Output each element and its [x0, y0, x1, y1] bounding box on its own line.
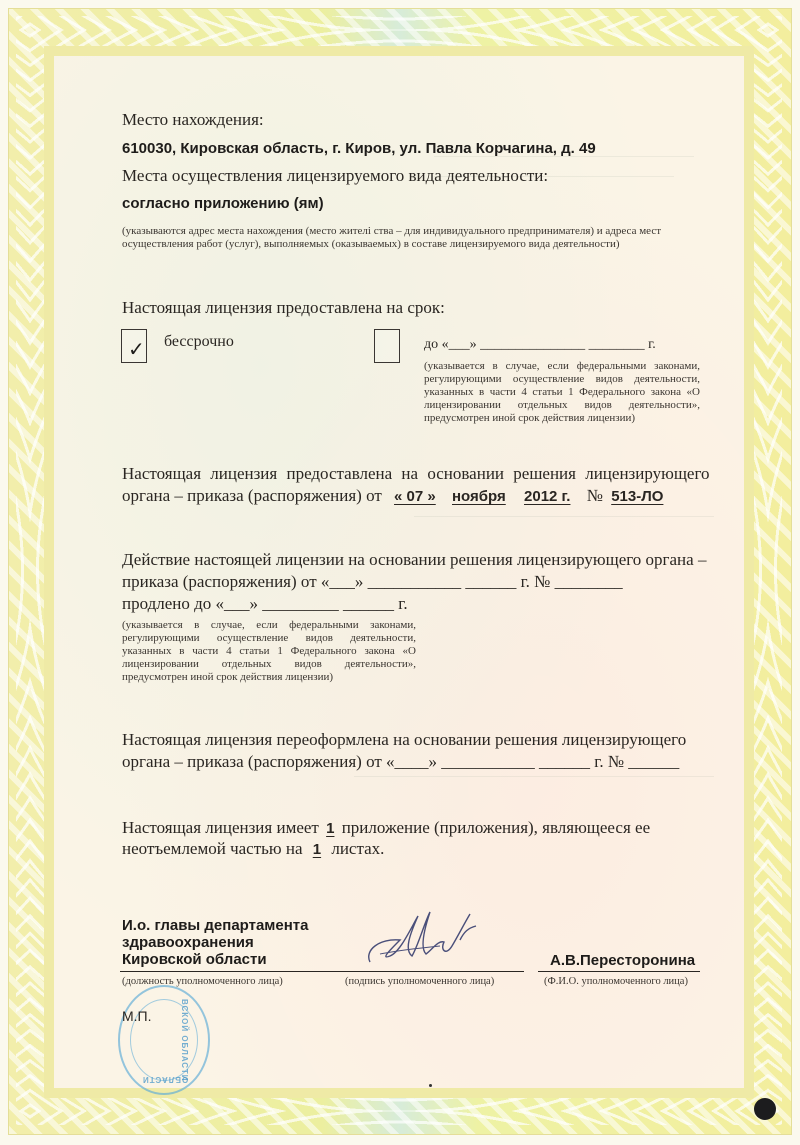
term-until-label: до «___» _______________ ________ г. [424, 337, 656, 353]
extension-note: (указывается в случае, если федеральными… [122, 619, 416, 684]
name-line [538, 971, 700, 972]
basis-line-2-prefix: органа – приказа (распоряжения) от [122, 486, 382, 505]
basis-number-sign: № [587, 486, 603, 505]
location-address: 610030, Кировская область, г. Киров, ул.… [122, 140, 596, 157]
activity-places-label: Места осуществления лицензируемого вида … [122, 166, 548, 186]
position-caption: (должность уполномоченного лица) [122, 976, 283, 987]
official-seal: ВСКОЙ ОБЛАСТИ ОБЛАСТИ [118, 985, 210, 1095]
appendix-line-2-suffix: листах. [331, 839, 384, 858]
seal-text-bottom: ОБЛАСТИ [142, 1075, 188, 1084]
activity-places-value: согласно приложению (ям) [122, 195, 324, 212]
basis-line-1: Настоящая лицензия предоставлена на осно… [122, 464, 710, 484]
signature-line [330, 971, 524, 972]
signer-name: А.В.Пересторонина [550, 952, 695, 969]
appendix-count: 1 [326, 820, 334, 837]
extension-line-2: приказа (распоряжения) от «___» ________… [122, 572, 623, 592]
location-label: Место нахождения: [122, 110, 264, 130]
signer-position-1: И.о. главы департамента [122, 917, 309, 934]
term-until-checkbox[interactable] [374, 329, 400, 363]
signer-position-2: здравоохранения [122, 934, 254, 951]
extension-line-3: продлено до «___» _________ ______ г. [122, 594, 408, 614]
activity-places-note-1: (указываются адрес места нахождения (мес… [122, 225, 661, 238]
term-until-note: (указывается в случае, если федеральными… [424, 360, 700, 425]
appendix-line-2-prefix: неотъемлемой частью на [122, 839, 303, 858]
appendix-line-1: Настоящая лицензия имеет 1 приложение (п… [122, 818, 650, 838]
appendix-line-2: неотъемлемой частью на 1 листах. [122, 839, 384, 859]
checkmark-icon: ✓ [128, 339, 145, 359]
extension-line-1: Действие настоящей лицензии на основании… [122, 550, 706, 570]
basis-month: ноября [452, 488, 506, 505]
signature-icon [360, 910, 490, 970]
term-unlimited-label: бессрочно [164, 333, 234, 351]
basis-year: 2012 г. [524, 488, 570, 505]
binding-hole [754, 1098, 776, 1120]
term-unlimited-checkbox[interactable]: ✓ [121, 329, 147, 363]
basis-line-2: органа – приказа (распоряжения) от « 07 … [122, 486, 663, 506]
reissue-line-2: органа – приказа (распоряжения) от «____… [122, 752, 679, 772]
seal-label: М.П. [122, 1008, 152, 1024]
printer-dot [429, 1084, 432, 1087]
position-line [120, 971, 330, 972]
signature-caption: (подпись уполномоченного лица) [345, 976, 494, 987]
basis-day: « 07 » [394, 488, 436, 505]
term-label: Настоящая лицензия предоставлена на срок… [122, 298, 445, 318]
seal-text-right: ВСКОЙ ОБЛАСТИ [180, 999, 189, 1082]
appendix-line-1-prefix: Настоящая лицензия имеет [122, 818, 319, 837]
name-caption: (Ф.И.О. уполномоченного лица) [544, 976, 688, 987]
sheet-count: 1 [313, 841, 321, 858]
signer-position-3: Кировской области [122, 951, 267, 968]
basis-number: 513-ЛО [611, 488, 663, 505]
activity-places-note-2: осуществления работ (услуг), выполняемых… [122, 238, 620, 251]
reissue-line-1: Настоящая лицензия переоформлена на осно… [122, 730, 686, 750]
appendix-line-1-suffix: приложение (приложения), являющееся ее [342, 818, 650, 837]
